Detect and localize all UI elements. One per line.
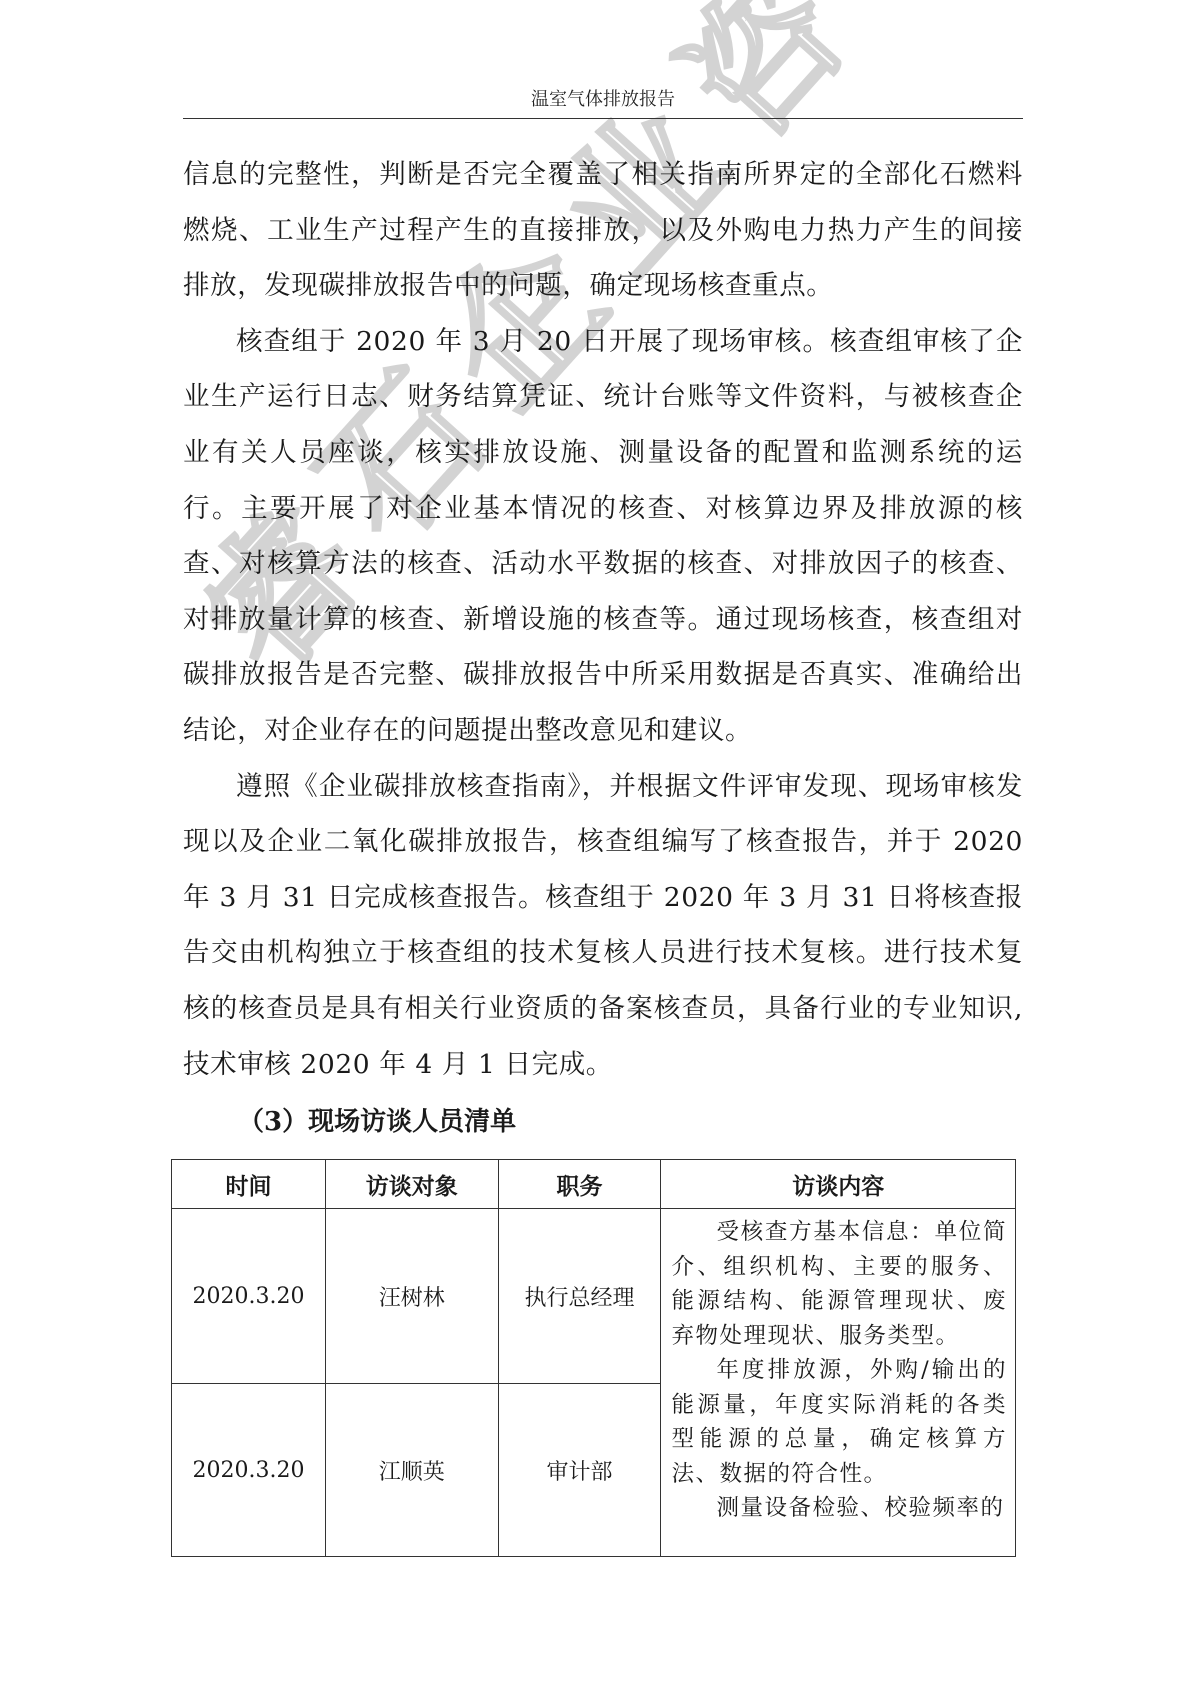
content-item-1: 受核查方基本信息：单位简介、组织机构、主要的服务、能源结构、能源管理现状、废弃物…	[671, 1215, 1007, 1353]
paragraph-3: 遵照《企业碳排放核查指南》，并根据文件评审发现、现场审核发现以及企业二氧化碳排放…	[183, 759, 1023, 1093]
body-text: 信息的完整性，判断是否完全覆盖了相关指南所界定的全部化石燃料燃烧、工业生产过程产…	[183, 147, 1023, 1092]
table-row: 2020.3.20 汪树林 执行总经理 受核查方基本信息：单位简介、组织机构、主…	[172, 1209, 1016, 1384]
page-header-title: 温室气体排放报告	[183, 82, 1023, 118]
cell-date: 2020.3.20	[172, 1384, 326, 1557]
paragraph-2: 核查组于 2020 年 3 月 20 日开展了现场审核。核查组审核了企业生产运行…	[183, 314, 1023, 759]
header-position: 职务	[498, 1160, 661, 1209]
header-person: 访谈对象	[325, 1160, 498, 1209]
section-heading: （3）现场访谈人员清单	[238, 1100, 516, 1144]
cell-position: 执行总经理	[498, 1209, 661, 1384]
paragraph-1: 信息的完整性，判断是否完全覆盖了相关指南所界定的全部化石燃料燃烧、工业生产过程产…	[183, 147, 1023, 314]
cell-person: 江顺英	[325, 1384, 498, 1557]
cell-person: 汪树林	[325, 1209, 498, 1384]
content-item-2: 年度排放源，外购/输出的能源量，年度实际消耗的各类型能源的总量，确定核算方法、数…	[671, 1353, 1007, 1491]
header-divider	[183, 118, 1023, 119]
cell-position: 审计部	[498, 1384, 661, 1557]
content-item-3: 测量设备检验、校验频率的	[671, 1491, 1007, 1526]
table-header-row: 时间 访谈对象 职务 访谈内容	[172, 1160, 1016, 1209]
interview-table: 时间 访谈对象 职务 访谈内容 2020.3.20 汪树林 执行总经理 受核查方…	[171, 1159, 1016, 1557]
cell-date: 2020.3.20	[172, 1209, 326, 1384]
header-content: 访谈内容	[661, 1160, 1016, 1209]
cell-interview-content: 受核查方基本信息：单位简介、组织机构、主要的服务、能源结构、能源管理现状、废弃物…	[661, 1209, 1016, 1557]
header-date: 时间	[172, 1160, 326, 1209]
